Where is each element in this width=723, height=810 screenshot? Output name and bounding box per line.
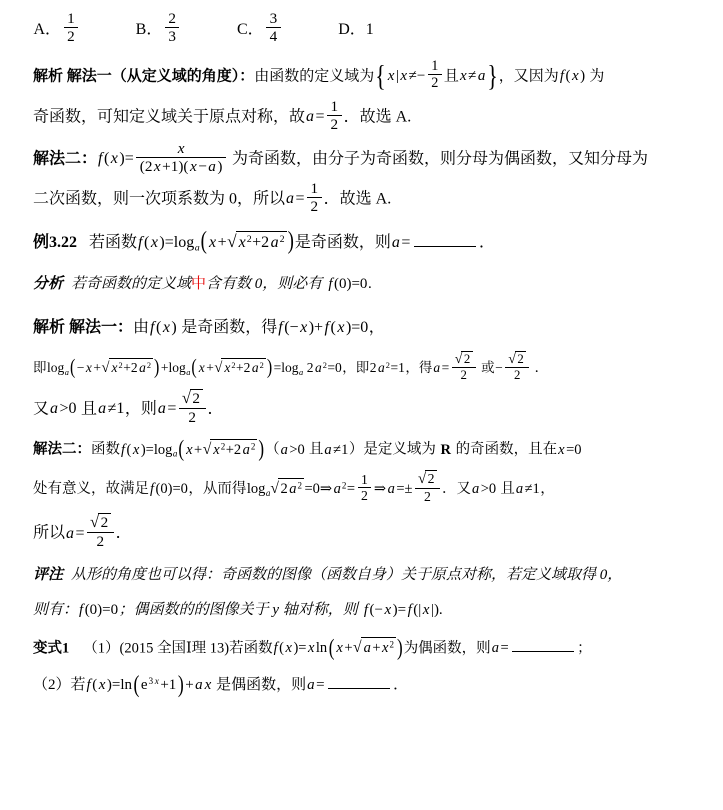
fraction: 12: [428, 58, 442, 92]
math-token: 2: [310, 198, 319, 215]
math-variable: a: [49, 400, 59, 417]
math-variable: a: [242, 442, 251, 458]
math-token: e: [140, 677, 148, 693]
math-token: )=log: [159, 234, 195, 251]
text-run: 所以: [33, 525, 65, 542]
math-variable: x: [111, 360, 119, 375]
text-run: 由: [133, 319, 149, 336]
math-token: (: [126, 442, 132, 458]
math-token: 2: [188, 409, 197, 426]
math-token: 1: [431, 58, 439, 74]
numerator: √2: [179, 389, 206, 408]
radical: √2: [90, 513, 111, 532]
text-run: ．又: [442, 481, 471, 497]
text-run: 从形的角度也可以得：奇函数的图像（函数自身）关于原点对称，若定义域取得 0，: [71, 567, 622, 583]
sol2-line2: 二次函数，则一次项系数为 0，所以a=12．故选 A.: [33, 182, 705, 218]
numerator: 1: [327, 98, 342, 115]
superscript: 2: [298, 481, 303, 491]
math-token: −: [198, 158, 208, 175]
math-variable: x: [571, 68, 580, 84]
math-variable: a: [471, 481, 480, 497]
math-token: ≠−: [408, 68, 426, 84]
denominator: 3: [165, 27, 180, 45]
math-token: (0)=0: [333, 276, 367, 292]
radical: √x2+2a2: [227, 230, 287, 254]
math-token: >0: [59, 400, 77, 417]
math-token: 2: [192, 390, 201, 407]
math-token: ≠1: [107, 400, 125, 417]
superscript: 2: [231, 361, 235, 370]
bold-label: 解法二：: [33, 150, 97, 167]
superscript: 2: [389, 640, 394, 650]
close-paren: ): [396, 632, 404, 664]
sol1-line2: 奇函数，可知定义域关于原点对称，故a=12．故选 A.: [33, 100, 705, 136]
math-token: =log: [273, 360, 299, 375]
math-token: +2: [236, 360, 251, 375]
fraction: 12: [327, 98, 342, 134]
math-token: 2: [369, 360, 377, 375]
math-variable: a: [285, 190, 295, 207]
radicand: x2+2a2: [210, 439, 257, 460]
superscript: 2: [147, 361, 151, 370]
superscript: 2: [260, 361, 264, 370]
open-paren: (: [132, 668, 140, 701]
text-run: 为偶函数，则: [404, 640, 491, 656]
text-run: 的奇函数，且在: [452, 442, 557, 458]
math-token: (0)=0: [84, 602, 118, 618]
numerator: 2: [165, 10, 180, 27]
math-variable: a: [515, 481, 524, 497]
math-token: 1: [330, 98, 339, 115]
math-token: 1: [361, 472, 369, 487]
answer-blank: [328, 673, 390, 689]
text-run: 且: [497, 481, 515, 497]
text-run: 则有：: [33, 602, 78, 618]
denominator: 2: [415, 488, 440, 505]
text-run: 若奇函数的定义域: [71, 276, 191, 292]
spacer: [63, 578, 71, 579]
math-variable: x: [150, 234, 159, 251]
math-token: =±: [396, 481, 413, 497]
close-paren: ): [153, 353, 160, 383]
answer-blank: [414, 230, 476, 247]
spacer: [69, 651, 83, 652]
text-run: ，: [369, 319, 385, 336]
math-token: ): [217, 158, 223, 175]
math-variable: a: [387, 481, 396, 497]
math-token: 2: [427, 471, 435, 486]
variant1-part1: 变式1（1）(2015 全国Ⅰ理 13)若函数f(x)=xln(x+√a+x2)…: [33, 637, 705, 661]
math-variable: f: [273, 640, 279, 656]
math-variable: a: [305, 108, 315, 125]
denominator: 2: [358, 487, 372, 504]
radicand: 2a2: [278, 478, 304, 499]
math-variable: f: [277, 319, 283, 336]
sol1-line1: 解析 解法一（从定义域的角度）：由函数的定义域为{x|x≠−12且x≠a}，又因…: [33, 60, 705, 94]
text-run: ，又因为: [499, 68, 559, 84]
bold-label: 解法二：: [33, 442, 91, 458]
text-run: ，得: [405, 360, 432, 375]
text-run: 若函数: [89, 234, 137, 251]
open-paren: (: [177, 433, 185, 465]
math-token: 2: [517, 352, 524, 366]
text-run: ．故选 A.: [344, 108, 412, 125]
denominator: 2: [428, 74, 442, 91]
math-variable: a: [333, 481, 342, 497]
math-variable: a: [491, 640, 500, 656]
math-token: +: [344, 640, 353, 656]
math-token: =0: [327, 360, 342, 375]
math-token: D．1: [338, 21, 375, 38]
math-variable: x: [557, 442, 565, 458]
math-token: )=0: [345, 319, 368, 336]
math-variable: x: [208, 234, 217, 251]
text-run: 处有意义，故满足: [33, 481, 149, 497]
radicand: 2: [461, 351, 472, 367]
radicand: x2+2a2: [109, 358, 154, 378]
math-variable: a: [314, 360, 323, 375]
math-token: ≠1: [524, 481, 540, 497]
math-token: =: [401, 234, 411, 251]
open-paren: (: [328, 632, 336, 664]
ex-sol1-line3: 又a>0 且a≠1，则a=√22．: [33, 391, 705, 428]
math-token: +: [217, 234, 227, 251]
spacer: [181, 33, 236, 34]
math-token: 1: [310, 180, 319, 197]
radical: √a+x2: [353, 637, 396, 659]
radical: √x2+2a2: [214, 358, 266, 378]
math-token-bold: R: [440, 442, 452, 458]
text-run: 是偶函数，则: [212, 677, 306, 693]
math-token: >0: [480, 481, 496, 497]
math-variable: a: [97, 400, 107, 417]
denominator: 2: [87, 532, 114, 550]
fraction: √22: [179, 389, 206, 426]
spacer: [77, 246, 89, 247]
denominator: (2x+1)(x−a): [136, 157, 226, 175]
fraction: 12: [64, 10, 79, 46]
text-run: 含有数 0，则必有: [206, 276, 322, 292]
bold-label: 评注: [33, 567, 63, 583]
math-variable: x: [110, 150, 119, 167]
radicand: 2: [425, 470, 437, 487]
text-run: 为: [586, 68, 605, 84]
fraction: √22: [87, 513, 114, 550]
math-variable: a: [391, 234, 401, 251]
math-variable: x: [335, 640, 343, 656]
numerator: √2: [415, 470, 440, 488]
sol2-line1: 解法二：f(x)=x(2x+1)(x−a) 为奇函数，由分子为奇函数，则分母为偶…: [33, 142, 705, 178]
math-variable: x: [177, 140, 186, 157]
numerator: 1: [428, 58, 442, 74]
radicand: 2: [190, 389, 203, 407]
math-token: (−: [284, 319, 299, 336]
math-token: 1: [67, 10, 76, 27]
math-variable: a: [207, 158, 217, 175]
text-run: ．故选 A.: [324, 190, 392, 207]
denominator: 2: [505, 367, 529, 383]
math-token: 2: [460, 368, 467, 382]
highlighted-char: 中: [191, 276, 206, 292]
remark-line2: 则有：f(0)=0；偶函数的的图像关于 y 轴对称，则f(−x)=f(|x|).: [33, 600, 705, 621]
math-token: ≠: [468, 68, 477, 84]
math-variable: f: [407, 602, 413, 618]
math-variable: x: [85, 360, 93, 375]
math-token: )=: [119, 150, 134, 167]
math-token: +2: [123, 360, 138, 375]
math-token: 2: [67, 28, 76, 45]
text-run: 又: [33, 400, 49, 417]
fraction: √22: [505, 351, 529, 383]
denominator: 2: [327, 115, 342, 133]
fraction: 34: [266, 10, 281, 46]
radical: √2: [418, 470, 437, 488]
math-token: (|: [413, 602, 422, 618]
close-paren: ): [177, 668, 185, 701]
math-variable: a: [323, 442, 332, 458]
math-variable: a: [477, 68, 487, 84]
math-token: (: [143, 234, 149, 251]
remark-line1: 评注从形的角度也可以得：奇函数的图像（函数自身）关于原点对称，若定义域取得 0，: [33, 565, 705, 586]
math-token: =: [500, 640, 509, 656]
math-token: −: [76, 360, 85, 375]
denominator: 2: [179, 408, 206, 426]
math-token: )=: [293, 640, 307, 656]
math-token: 3: [148, 677, 154, 687]
math-token: +1: [160, 677, 177, 693]
math-variable: x: [383, 602, 392, 618]
math-token: =: [295, 190, 305, 207]
text-run: .: [368, 276, 372, 292]
math-variable: a: [157, 400, 167, 417]
math-variable: a: [432, 360, 441, 375]
superscript: 3x: [148, 677, 160, 687]
math-token: )+: [308, 319, 323, 336]
radical: √2: [455, 351, 473, 367]
numerator: 1: [307, 180, 322, 197]
fraction: 12: [358, 472, 372, 505]
math-token: =0⇒: [304, 481, 333, 497]
math-token: 2: [96, 533, 105, 550]
text-run: 奇函数，可知定义域关于原点对称，故: [33, 108, 305, 125]
text-run: ．: [479, 234, 495, 251]
math-token: 2: [361, 488, 369, 503]
bold-label: 变式1: [33, 640, 69, 656]
math-token: ln: [315, 640, 327, 656]
math-token: =: [315, 108, 325, 125]
math-token: 2: [330, 116, 339, 133]
text-run: ．: [531, 360, 548, 375]
math-token: 4: [269, 28, 278, 45]
math-variable: f: [86, 677, 92, 693]
ex-sol2-line3: 所以a=√22．: [33, 515, 705, 552]
text-run: 是奇函数，得: [177, 319, 277, 336]
math-token: (−: [369, 602, 383, 618]
math-token: (: [103, 150, 109, 167]
superscript: 2: [251, 441, 256, 451]
close-paren: ): [266, 353, 273, 383]
math-token: >0: [289, 442, 305, 458]
math-token: )=log: [140, 442, 173, 458]
math-variable: x: [162, 319, 171, 336]
math-variable: x: [154, 677, 160, 687]
close-brace: }: [486, 55, 498, 96]
math-variable: x: [189, 158, 198, 175]
superscript: 2: [247, 234, 252, 245]
numerator: √2: [505, 351, 529, 367]
fraction: x(2x+1)(x−a): [136, 140, 226, 176]
text-run: ，则: [125, 400, 157, 417]
analysis-line: 分析若奇函数的定义域中含有数 0，则必有f(0)=0.: [33, 274, 705, 295]
fraction: 23: [165, 10, 180, 46]
text-run: 且: [305, 442, 323, 458]
open-paren: (: [69, 353, 76, 383]
text-run: ．: [208, 400, 224, 417]
text-run: 或: [478, 360, 495, 375]
spacer: [283, 33, 338, 34]
text-run: 由函数的定义域为: [254, 68, 374, 84]
superscript: 2: [280, 234, 285, 245]
math-token: 2: [100, 514, 109, 531]
text-run: ，: [540, 481, 555, 497]
math-token: B．: [135, 21, 163, 38]
denominator: 2: [452, 367, 476, 383]
fraction: 12: [307, 180, 322, 216]
math-token: +log: [160, 360, 186, 375]
spacer: [80, 33, 135, 34]
numerator: 3: [266, 10, 281, 27]
math-token: (: [155, 319, 161, 336]
document-page: A．12B．23C．34D．1 解析 解法一（从定义域的角度）：由函数的定义域为…: [0, 0, 723, 810]
math-variable: a: [270, 234, 280, 251]
math-token: C．: [236, 21, 264, 38]
math-token: )=: [392, 602, 406, 618]
math-token: (0)=0: [155, 481, 188, 497]
math-token: 2: [424, 489, 432, 504]
math-variable: x: [198, 360, 206, 375]
text-run: 即: [33, 360, 47, 375]
math-token: 2: [280, 481, 288, 497]
bold-label: 例3.22: [33, 234, 77, 251]
text-run: ；: [577, 640, 592, 656]
math-token: 2: [168, 10, 177, 27]
denominator: 2: [64, 27, 79, 45]
math-variable: a: [377, 360, 386, 375]
math-token: +2: [225, 442, 241, 458]
math-variable: a: [280, 442, 289, 458]
spacer: [63, 287, 71, 288]
text-run: 二次函数，则一次项系数为 0，所以: [33, 190, 285, 207]
math-variable: x: [399, 68, 408, 84]
math-token: log: [47, 360, 65, 375]
math-variable: x: [212, 442, 220, 458]
math-variable: x: [153, 158, 162, 175]
math-token: +: [194, 442, 203, 458]
text-run: （2）若: [33, 677, 86, 693]
subscript: a: [299, 368, 303, 377]
example-3-22: 例3.22若函数f(x)=loga(x+√x2+2a2)是奇函数，则a=．: [33, 230, 705, 257]
math-token: log: [246, 481, 266, 497]
math-token: +1)(: [162, 158, 189, 175]
radical: √2: [508, 351, 526, 367]
radical: √2a2: [270, 478, 304, 500]
ex-sol2-line1: 解法二：函数f(x)=loga(x+√x2+2a2)（a>0 且a≠1）是定义域…: [33, 438, 705, 462]
numerator: √2: [452, 351, 476, 367]
math-token: =: [346, 481, 355, 497]
math-token: |).: [430, 602, 443, 618]
math-token: 2: [431, 75, 439, 91]
ex-sol1-line1: 解析 解法一：由f(x) 是奇函数，得f(−x)+f(x)=0，: [33, 317, 705, 339]
math-token: =: [75, 525, 85, 542]
math-token: −: [495, 360, 504, 375]
math-variable: a: [251, 360, 260, 375]
math-token: =: [167, 400, 177, 417]
math-token: +: [372, 640, 381, 656]
text-run: ，从而得: [188, 481, 246, 497]
close-paren: ): [257, 433, 265, 465]
text-run: （1）(2015 全国Ⅰ理 13)若函数: [83, 640, 272, 656]
math-token: (: [279, 640, 285, 656]
numerator: 1: [64, 10, 79, 27]
math-variable: a: [194, 677, 204, 693]
text-run: 且: [444, 68, 459, 84]
math-variable: x: [285, 640, 293, 656]
text-run: ，即: [342, 360, 369, 375]
math-token: 2: [514, 368, 521, 382]
text-run: （: [265, 442, 280, 458]
close-paren: ): [287, 224, 295, 260]
denominator: 2: [307, 197, 322, 215]
ex-sol1-line2: 即loga(−x+√x2+2a2)+loga(x+√x2+2a2)=loga2a…: [33, 353, 705, 385]
denominator: 4: [266, 27, 281, 45]
open-paren: (: [190, 353, 197, 383]
text-run: 函数: [91, 442, 120, 458]
radical: √x2+2a2: [203, 439, 258, 461]
math-token: (: [92, 677, 98, 693]
radical: √2: [182, 389, 203, 408]
numerator: √2: [87, 513, 114, 532]
radicand: a+x2: [361, 637, 396, 658]
open-brace: {: [374, 55, 386, 96]
text-run: 是奇函数，则: [295, 234, 391, 251]
text-run: ．: [116, 525, 132, 542]
answer-choices: A．12B．23C．34D．1: [33, 12, 705, 48]
math-token: 3: [168, 28, 177, 45]
math-token: +2: [252, 234, 270, 251]
math-token: ⇒: [373, 481, 386, 497]
answer-blank: [512, 637, 574, 653]
text-run: 且: [77, 400, 97, 417]
radicand: x2+2a2: [221, 358, 266, 378]
text-run: ．: [393, 677, 408, 693]
math-token: =1: [390, 360, 405, 375]
math-variable: a: [306, 677, 316, 693]
math-token: =0: [566, 442, 582, 458]
math-token: +: [206, 360, 215, 375]
math-variable: x: [299, 319, 308, 336]
fraction: √22: [415, 470, 440, 505]
radical: √x2+2a2: [102, 358, 154, 378]
math-token: 3: [269, 10, 278, 27]
math-token: (2: [139, 158, 153, 175]
math-token: =: [316, 677, 325, 693]
fraction: √22: [452, 351, 476, 383]
math-token: =: [441, 360, 450, 375]
math-variable: a: [65, 525, 75, 542]
math-token: +: [185, 677, 194, 693]
radicand: x2+2a2: [236, 231, 287, 254]
open-paren: (: [200, 224, 208, 260]
